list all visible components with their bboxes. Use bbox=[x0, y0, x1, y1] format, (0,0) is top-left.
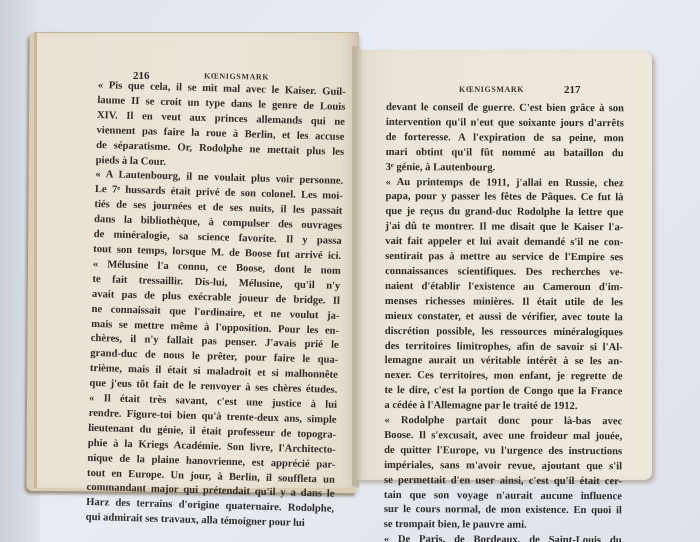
text-line: que je reçus du grand-duc Rodolphe la le… bbox=[385, 205, 623, 221]
text-line: se trompait bien, le pauvre ami. bbox=[384, 518, 622, 534]
text-line: de forteresse. A l'expiration de sa pein… bbox=[386, 131, 624, 147]
text-line: « Au printemps de 1911, j'allai en Russi… bbox=[386, 176, 624, 192]
right-page-text: devant le conseil de guerre. C'est bien … bbox=[384, 101, 624, 542]
text-line: mari obtint qu'il fût nommé au bataillon… bbox=[386, 146, 624, 162]
text-line: impériales, sans m'avoir revue, ajoutant… bbox=[384, 459, 622, 475]
text-line: intervention qu'il n'eut que soixante jo… bbox=[386, 116, 624, 132]
text-line: te le dire, c'est la portion de Congo qu… bbox=[384, 384, 622, 400]
text-line: « Rodolphe partait donc pour là-bas avec bbox=[384, 414, 622, 430]
text-line: a cédée à l'Allemagne par le traité de 1… bbox=[384, 399, 622, 415]
text-line: mieux constater, et aussi de vérifier, a… bbox=[385, 310, 623, 326]
text-line: naient d'établir l'existence au Cameroun… bbox=[385, 280, 623, 296]
text-line: se permettait d'en user ainsi, c'est qu'… bbox=[384, 474, 622, 490]
text-line: j'ai dû te montrer. Il me disait que le … bbox=[385, 220, 623, 236]
text-line: lemagne aurait un véritable intérêt à se… bbox=[385, 354, 623, 370]
text-line: discrétion possible, les ressources miné… bbox=[385, 325, 623, 341]
text-line: 3ᵉ génie, à Lautenbourg. bbox=[386, 161, 624, 177]
text-line: Boose. Il s'excusait, avec une froideur … bbox=[384, 429, 622, 445]
open-book: 216 KŒNIGSMARK « Pis que cela, il se mit… bbox=[0, 0, 700, 542]
text-line: vait fait appeler et lui avait demandé s… bbox=[385, 235, 623, 251]
text-line: de quitter l'Europe, vu l'urgence des in… bbox=[384, 444, 622, 460]
text-line: « De Paris, de Bordeaux, de Saint-Louis … bbox=[384, 533, 622, 542]
text-line: menses richesses minières. Il était util… bbox=[385, 295, 623, 311]
text-line: sentirait pas à mettre au service de l'E… bbox=[385, 250, 623, 266]
left-page-text: « Pis que cela, il se mit mal avec le Ka… bbox=[86, 79, 346, 533]
text-line: papa, pour y passer les fêtes de Pâques.… bbox=[385, 190, 623, 206]
text-line: sur le cours normal, de mon existence. E… bbox=[384, 503, 622, 519]
text-line: tain que son voyage n'aurait aucune infl… bbox=[384, 489, 622, 505]
running-head-right: KŒNIGSMARK bbox=[459, 85, 524, 94]
book-gutter bbox=[352, 46, 362, 486]
running-head-left: KŒNIGSMARK bbox=[204, 71, 269, 81]
text-line: des territoires limitrophes, afin de sav… bbox=[385, 339, 623, 355]
text-line: connaissances scientifiques. Des recherc… bbox=[385, 265, 623, 281]
text-line: nexer. Ces territoires, mon enfant, je r… bbox=[385, 369, 623, 385]
page-number-right: 217 bbox=[564, 84, 581, 96]
text-line: devant le conseil de guerre. C'est bien … bbox=[386, 101, 624, 117]
